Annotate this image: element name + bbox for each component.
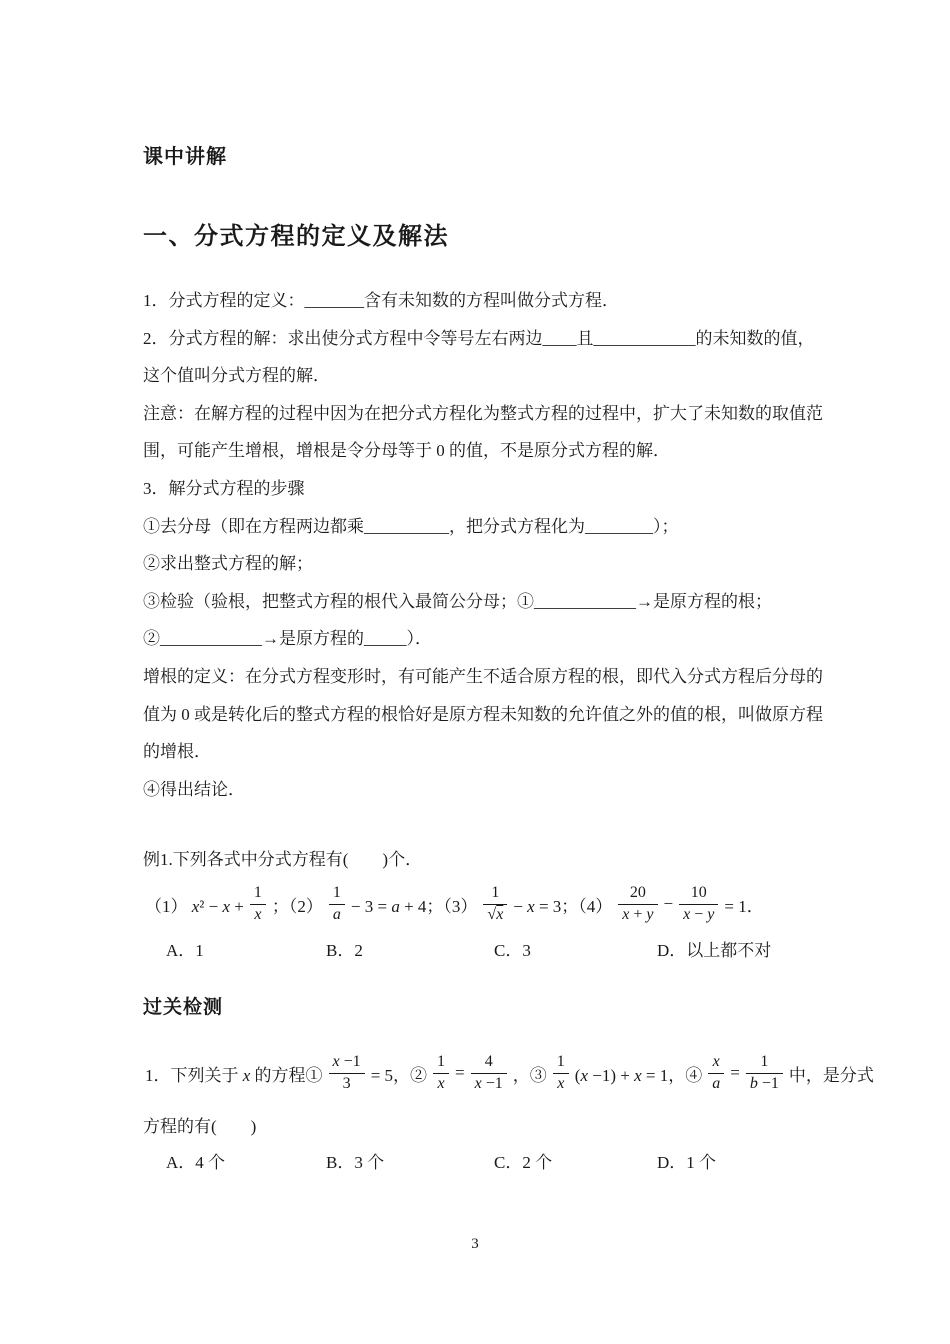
test1-choices: A．4 个 B．3 个 C．2 个 D．1 个 bbox=[143, 1150, 856, 1176]
formula-text: = 1． bbox=[724, 892, 763, 917]
note-line: 注意：在解方程的过程中因为在把分式方程化为整式方程的过程中，扩大了未知数的取值范 bbox=[143, 395, 833, 433]
formula-text: ，③ bbox=[513, 1061, 547, 1086]
note-line: ④得出结论． bbox=[143, 771, 833, 809]
choice-a: A．4 个 bbox=[166, 1150, 326, 1176]
formula-text: 1．下列关于 x 的方程① bbox=[145, 1061, 323, 1086]
note-line: ①去分母（即在方程两边都乘__________，把分式方程化为________）… bbox=[143, 508, 833, 546]
fraction: 10x − y bbox=[679, 883, 718, 926]
choice-c: C．3 bbox=[494, 938, 657, 964]
note-line: 3．解分式方程的步骤 bbox=[143, 470, 833, 508]
fraction: 4x −1 bbox=[471, 1052, 507, 1095]
fraction: 1√x bbox=[483, 883, 507, 926]
formula-text: − bbox=[664, 894, 674, 914]
note-line: 1．分式方程的定义：_______含有未知数的方程叫做分式方程． bbox=[143, 282, 833, 320]
formula-text: = 5，② bbox=[371, 1061, 427, 1086]
document-page: 课中讲解 一、分式方程的定义及解法 1．分式方程的定义：_______含有未知数… bbox=[0, 0, 950, 1344]
test1-formula: 1．下列关于 x 的方程①x −13= 5，②1x=4x −1，③1x(x −1… bbox=[143, 1038, 833, 1108]
formula-text: − 3 = a + 4；（3） bbox=[351, 892, 478, 917]
note-line: ②求出整式方程的解； bbox=[143, 545, 833, 583]
formula-text: = bbox=[730, 1063, 740, 1083]
note-line: 的增根． bbox=[143, 733, 833, 771]
page-number: 3 bbox=[0, 1236, 950, 1253]
note-line: 这个值叫分式方程的解． bbox=[143, 357, 833, 395]
choice-a: A．1 bbox=[166, 938, 326, 964]
formula-text: （1） x² − x + bbox=[145, 892, 244, 917]
choice-b: B．2 bbox=[326, 938, 494, 964]
fraction: xa bbox=[708, 1052, 724, 1095]
example1-formula: （1） x² − x +1x；（2）1a− 3 = a + 4；（3）1√x− … bbox=[143, 872, 833, 936]
formula-text: ；（2） bbox=[272, 892, 323, 917]
fraction: 1b −1 bbox=[746, 1052, 783, 1095]
example1-stem: 例1.下列各式中分式方程有( )个． bbox=[143, 848, 833, 872]
formula-text: = bbox=[455, 1063, 465, 1083]
formula-text: (x −1) + x = 1，④ bbox=[575, 1061, 702, 1086]
note-line: 增根的定义：在分式方程变形时，有可能产生不适合原方程的根，即代入分式方程后分母的 bbox=[143, 658, 833, 696]
fraction: 1x bbox=[553, 1052, 569, 1095]
choice-c: C．2 个 bbox=[494, 1150, 657, 1176]
checkpoint-heading: 过关检测 bbox=[143, 992, 833, 1019]
fraction: 20x + y bbox=[618, 883, 657, 926]
topic-heading: 一、分式方程的定义及解法 bbox=[143, 216, 833, 251]
test1-stem-tail: 方程的有( ) bbox=[143, 1112, 833, 1142]
fraction: 1x bbox=[433, 1052, 449, 1095]
note-line: ②____________→是原方程的_____）． bbox=[143, 620, 833, 658]
note-line: 值为 0 或是转化后的整式方程的根恰好是原方程未知数的允许值之外的值的根，叫做原… bbox=[143, 696, 833, 734]
section-heading: 课中讲解 bbox=[143, 140, 833, 169]
notes-block: 1．分式方程的定义：_______含有未知数的方程叫做分式方程． 2．分式方程的… bbox=[143, 282, 833, 808]
fraction: 1a bbox=[329, 883, 345, 926]
choice-d: D．1 个 bbox=[657, 1150, 716, 1176]
choice-b: B．3 个 bbox=[326, 1150, 494, 1176]
choice-d: D．以上都不对 bbox=[657, 938, 771, 964]
note-line: 2．分式方程的解：求出使分式方程中令等号左右两边____且___________… bbox=[143, 320, 833, 358]
formula-text: − x = 3；（4） bbox=[513, 892, 612, 917]
fraction: 1x bbox=[250, 883, 266, 926]
note-line: ③检验（验根，把整式方程的根代入最简公分母；①____________→是原方程… bbox=[143, 583, 833, 621]
note-line: 围，可能产生增根，增根是令分母等于 0 的值，不是原分式方程的解． bbox=[143, 432, 833, 470]
formula-text: 中，是分式 bbox=[789, 1061, 874, 1086]
example1-choices: A．1 B．2 C．3 D．以上都不对 bbox=[143, 938, 856, 964]
fraction: x −13 bbox=[329, 1052, 365, 1095]
